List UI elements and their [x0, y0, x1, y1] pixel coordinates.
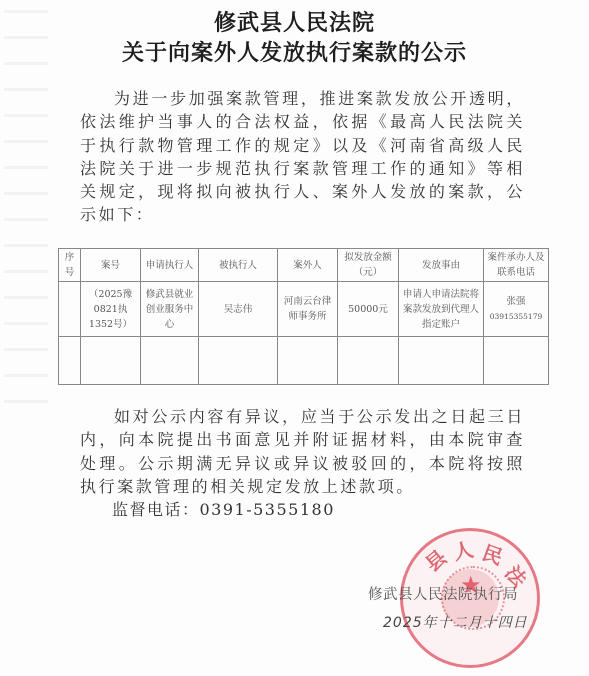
cell-respondent	[199, 337, 278, 385]
header-amount: 拟发放金额（元）	[338, 249, 399, 282]
seal-char: 县	[418, 542, 452, 577]
table-row: （2025豫0821执1352号） 修武县就业创业服务中心 吴志伟 河南云台律师…	[59, 282, 549, 337]
document-title-court: 修武县人民法院	[0, 6, 589, 37]
header-reason: 发放事由	[399, 249, 484, 282]
intro-paragraph: 为进一步加强案款管理，推进案款发放公开透明，依法维护当事人的合法权益，依据《最高…	[80, 87, 525, 227]
header-index: 序号	[59, 249, 81, 282]
header-case-no: 案号	[81, 249, 141, 282]
table-row	[59, 337, 549, 385]
header-third-party: 案外人	[278, 249, 338, 282]
supervision-hotline: 监督电话：0391-5355180	[112, 497, 335, 520]
cell-third-party	[278, 337, 338, 385]
seal-char: 民	[479, 536, 508, 570]
cell-applicant	[141, 337, 199, 385]
header-respondent: 被执行人	[199, 249, 278, 282]
cell-reason	[399, 337, 484, 385]
cell-respondent: 吴志伟	[199, 282, 278, 337]
bleed-through-text	[4, 10, 48, 410]
cell-handler	[484, 337, 549, 385]
cell-case-no: （2025豫0821执1352号）	[81, 282, 141, 337]
cell-index	[59, 282, 81, 337]
table-header-row: 序号 案号 申请执行人 被执行人 案外人 拟发放金额（元） 发放事由 案件承办人…	[59, 249, 549, 282]
cell-amount: 50000元	[338, 282, 399, 337]
cell-index	[59, 337, 81, 385]
cell-amount	[338, 337, 399, 385]
cell-case-no	[81, 337, 141, 385]
issue-date: 2025年十二月十四日	[383, 612, 528, 632]
header-applicant: 申请执行人	[141, 249, 199, 282]
cell-applicant: 修武县就业创业服务中心	[141, 282, 199, 337]
handler-name: 张强	[486, 294, 546, 309]
cell-handler: 张强 03915355179	[484, 282, 549, 337]
closing-paragraph: 如对公示内容有异议，应当于公示发出之日起三日内，向本院提出书面意见并附证据材料，…	[80, 405, 525, 498]
seal-char: 人	[450, 533, 476, 566]
case-disbursement-table: 序号 案号 申请执行人 被执行人 案外人 拟发放金额（元） 发放事由 案件承办人…	[58, 248, 549, 385]
cell-reason: 申请人申请法院将案款发放到代理人指定账户	[399, 282, 484, 337]
cell-third-party: 河南云台律师事务所	[278, 282, 338, 337]
issuing-authority: 修武县人民法院执行局	[368, 583, 518, 604]
handler-phone: 03915355179	[486, 309, 546, 324]
document-title-subject: 关于向案外人发放执行案款的公示	[0, 36, 589, 67]
header-handler: 案件承办人及联系电话	[484, 249, 549, 282]
